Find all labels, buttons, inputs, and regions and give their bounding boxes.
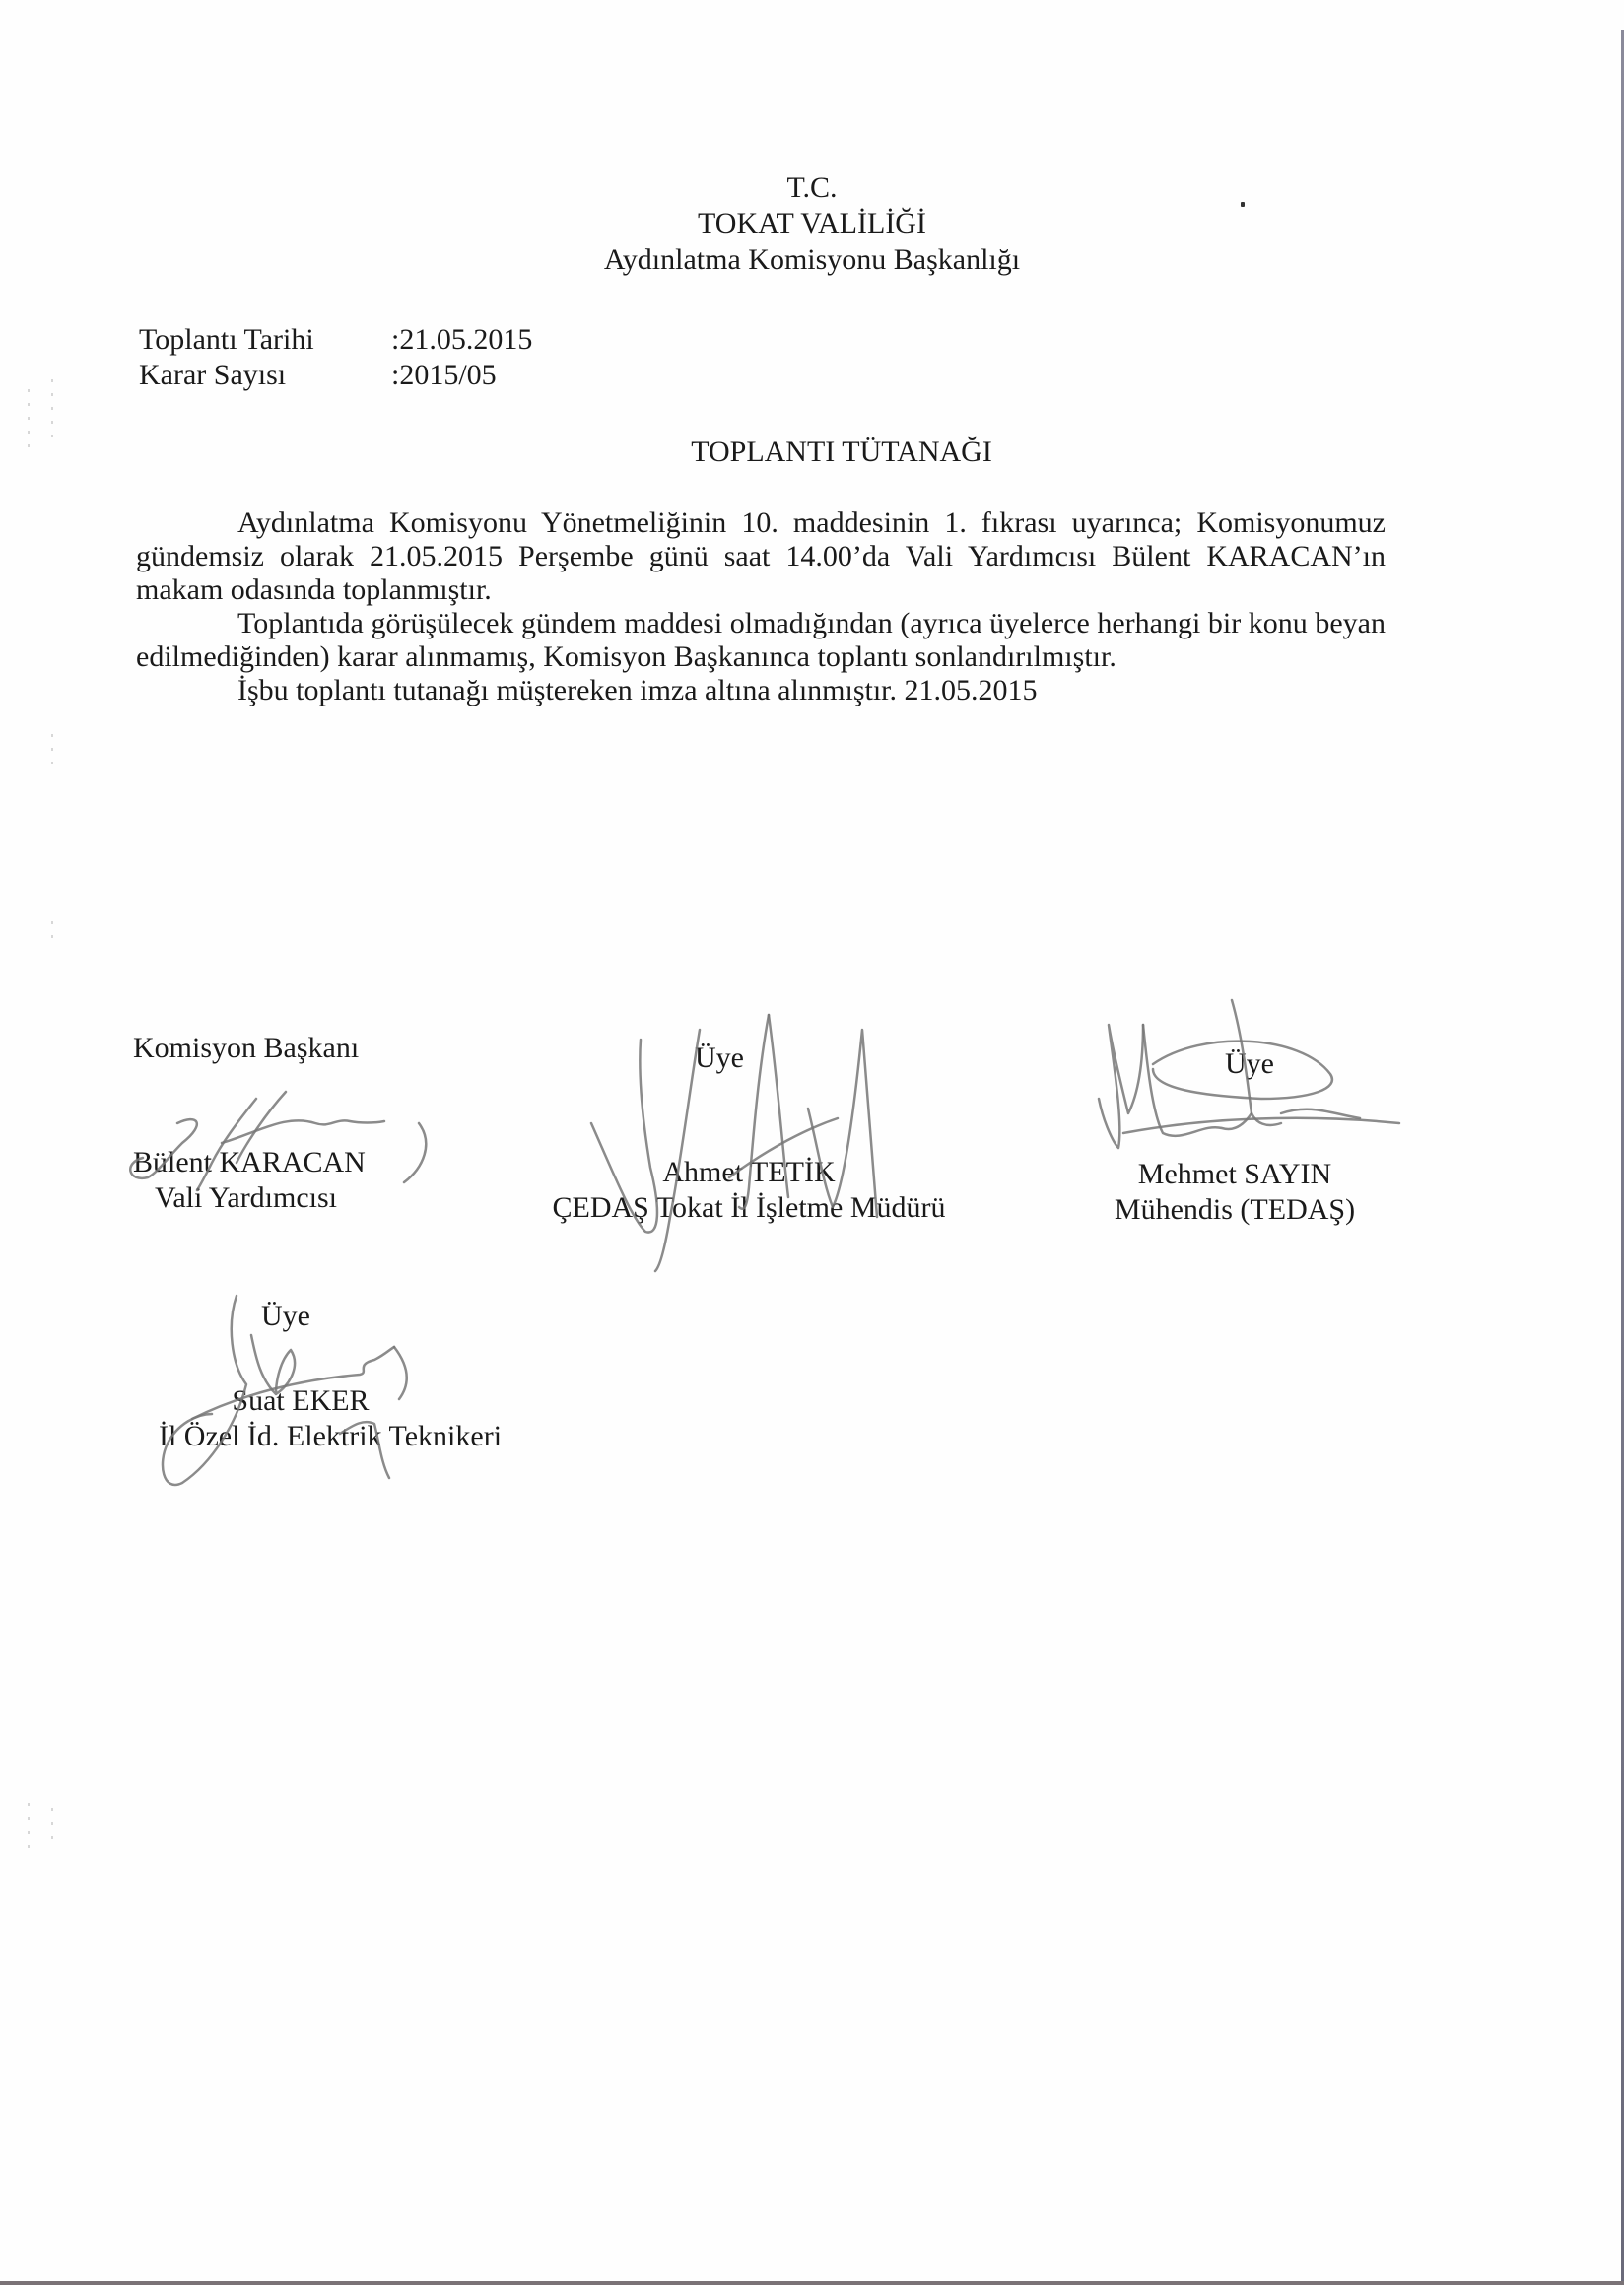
- signature-block-chair: Komisyon Başkanı Bülent KARACAN Vali Yar…: [133, 1031, 366, 1216]
- decision-number-label: Karar Sayısı: [139, 358, 391, 393]
- signature-block-member-eker: Üye Suat EKER İl Özel İd. Elektrik Tekni…: [123, 1299, 537, 1454]
- signatory-name: Suat EKER: [123, 1383, 537, 1419]
- header-tc: T.C.: [0, 171, 1624, 205]
- paragraph: Toplantıda görüşülecek gündem maddesi ol…: [136, 607, 1386, 674]
- header-governorship: TOKAT VALİLİĞİ: [0, 207, 1624, 240]
- paragraph: Aydınlatma Komisyonu Yönetmeliğinin 10. …: [136, 506, 1386, 607]
- signatory-role: Üye: [123, 1299, 537, 1334]
- decision-number-row: Karar Sayısı :2015/05: [139, 358, 532, 393]
- signatory-role: Üye: [522, 1041, 976, 1076]
- decision-number-value: :2015/05: [391, 358, 497, 393]
- scan-artifact: [28, 1803, 30, 1848]
- minutes-body: Aydınlatma Komisyonu Yönetmeliğinin 10. …: [136, 506, 1386, 707]
- signatory-title: Vali Yardımcısı: [133, 1180, 366, 1216]
- scan-artifact: [51, 1808, 53, 1848]
- header-commission-presidency: Aydınlatma Komisyonu Başkanlığı: [0, 243, 1624, 277]
- signature-block-member-tetik: Üye Ahmet TETİK ÇEDAŞ Tokat İl İşletme M…: [522, 1041, 976, 1226]
- scan-artifact: [51, 921, 53, 946]
- signatory-name: Bülent KARACAN: [133, 1145, 366, 1180]
- signatory-role: Komisyon Başkanı: [133, 1031, 366, 1066]
- scanned-document-page: T.C. TOKAT VALİLİĞİ Aydınlatma Komisyonu…: [0, 0, 1624, 2285]
- signatory-role: Üye: [1087, 1046, 1383, 1082]
- signatory-title: ÇEDAŞ Tokat İl İşletme Müdürü: [522, 1190, 976, 1226]
- scan-artifact: [51, 734, 53, 764]
- paragraph: İşbu toplantı tutanağı müştereken imza a…: [136, 674, 1386, 707]
- signatory-name: Ahmet TETİK: [522, 1155, 976, 1190]
- signatory-name: Mehmet SAYIN: [1087, 1157, 1383, 1192]
- signatory-title: Mühendis (TEDAŞ): [1087, 1192, 1383, 1228]
- meeting-date-label: Toplantı Tarihi: [139, 322, 391, 358]
- signature-block-member-sayin: Üye Mehmet SAYIN Mühendis (TEDAŞ): [1087, 1046, 1383, 1228]
- scan-edge-bottom: [0, 2281, 1624, 2285]
- document-title: TOPLANTI TÜTANAĞI: [0, 436, 1624, 469]
- meeting-meta: Toplantı Tarihi :21.05.2015 Karar Sayısı…: [139, 322, 532, 393]
- meeting-date-row: Toplantı Tarihi :21.05.2015: [139, 322, 532, 358]
- signatory-title: İl Özel İd. Elektrik Teknikeri: [123, 1419, 537, 1454]
- meeting-date-value: :21.05.2015: [391, 322, 532, 358]
